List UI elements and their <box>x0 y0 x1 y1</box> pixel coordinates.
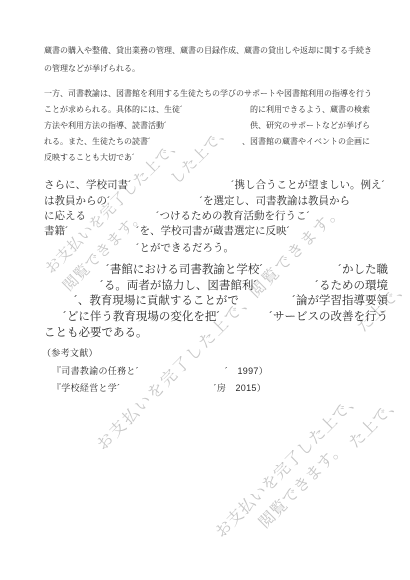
body-text: ´論が学習指導要領 <box>292 292 388 308</box>
body-line: さらに、学校司書´ ´携し合うことが望ましい。例え´ <box>0 177 410 193</box>
body-text: ´サービスの改善を行う <box>269 308 388 324</box>
watermark-text: お支払いを完了した上で、 <box>209 386 365 542</box>
body-text: 書籍´ <box>44 223 69 238</box>
body-text: ´るための環境 <box>315 277 388 293</box>
body-text: さらに、学校司書´ <box>44 177 132 192</box>
body-line: 一方、司書教諭は、図書館を利用する生徒たちの学びのサポートや図書館利用の指導を行… <box>0 88 410 104</box>
body-line: 蔵書の購入や整備、貸出業務の管理、蔵書の目録作成、蔵書の貸出しや返却に関する手続… <box>0 45 410 61</box>
body-text: ´つけるための教育活動を行うこ´ <box>156 208 310 223</box>
body-line: ことも必要である。 <box>0 324 410 340</box>
document-page: お支払いを完了した上で、 閲覧できます。 した上で、 お支払いを完了した上で、閲… <box>0 0 410 580</box>
reference-title: 『司書教諭の任務と´ <box>52 364 139 377</box>
body-text: 一方、司書教諭は、図書館を利用する生徒たちの学びのサポートや図書館利用の指導を行… <box>44 88 372 99</box>
body-text: れる。また、生徒たちの読書´ <box>44 136 151 147</box>
body-text: 反映することも大切であ´ <box>44 152 135 163</box>
body-line: の管理などが挙げられる。 <box>0 63 410 79</box>
body-line: ´書館における司書教諭と学校´ ´かした職 <box>0 261 410 277</box>
body-text: に応える <box>44 208 86 223</box>
body-text: 供、研究のサポートなどが挙げら <box>250 120 370 131</box>
body-text: ことが求められる。具体的には、生徒´ <box>44 104 183 115</box>
body-line: 方法や利用方法の指導、読書活動´ 供、研究のサポートなどが挙げら <box>0 120 410 136</box>
reference-title: 『学校経営と学´ <box>52 381 120 394</box>
body-text: 蔵書の購入や整備、貸出業務の管理、蔵書の目録作成、蔵書の貸出しや返却に関する手続… <box>44 45 372 56</box>
body-line: 書籍´ ´を、学校司書が蔵書選定に反映´ <box>0 223 410 239</box>
body-text: は教員からの´ <box>44 193 111 208</box>
body-line: れる。また、生徒たちの読書´ 、図書館の蔵書やイベントの企画に <box>0 136 410 152</box>
body-line: ´、教育現場に貢献することがで ´論が学習指導要領 <box>0 292 410 308</box>
body-text: ´どに伴う教育現場の変化を把´ <box>63 308 220 324</box>
body-text: （参考文献） <box>42 346 98 359</box>
reference-year: ´ 1997） <box>225 364 268 377</box>
body-text: ´かした職 <box>338 261 388 277</box>
body-line: ことが求められる。具体的には、生徒´ 的に利用できるよう、蔵書の検索 <box>0 104 410 120</box>
reference-year: ´房 2015） <box>214 381 266 394</box>
body-text: 的に利用できるよう、蔵書の検索 <box>250 104 370 115</box>
watermark-text-fragment: た上で、 <box>343 390 406 453</box>
body-line: は教員からの´ ´を選定し、司書教諭は教員から <box>0 193 410 209</box>
body-line: に応える ´つけるための教育活動を行うこ´ <box>0 208 410 224</box>
body-text: の管理などが挙げられる。 <box>44 63 140 74</box>
body-text: 方法や利用方法の指導、読書活動´ <box>44 120 167 131</box>
body-line: ´とができるだろう。 <box>0 240 410 256</box>
body-text: ´を、学校司書が蔵書選定に反映´ <box>136 223 290 238</box>
body-text: 、図書館の蔵書やイベントの企画に <box>242 136 370 147</box>
body-text: ´る。両者が協力し、図書館利´ <box>100 277 257 293</box>
body-text: ´、教育現場に貢献することがで <box>74 292 239 308</box>
body-text: ことも必要である。 <box>44 324 148 340</box>
body-text: ´とができるだろう。 <box>136 240 234 255</box>
references-heading: （参考文献） <box>0 346 410 362</box>
reference-item: 『学校経営と学´ ´房 2015） <box>0 381 410 397</box>
body-line: ´る。両者が協力し、図書館利´ ´るための環境 <box>0 277 410 293</box>
body-line: ´どに伴う教育現場の変化を把´ ´サービスの改善を行う <box>0 308 410 324</box>
body-text: ´書館における司書教諭と学校´ <box>106 261 263 277</box>
body-text: ´携し合うことが望ましい。例え´ <box>231 177 385 192</box>
body-line: 反映することも大切であ´ <box>0 152 410 168</box>
reference-item: 『司書教諭の任務と´ ´ 1997） <box>0 364 410 380</box>
body-text: ´を選定し、司書教諭は教員から <box>200 193 351 208</box>
watermark-text: 閲覧できます。 <box>252 435 349 532</box>
